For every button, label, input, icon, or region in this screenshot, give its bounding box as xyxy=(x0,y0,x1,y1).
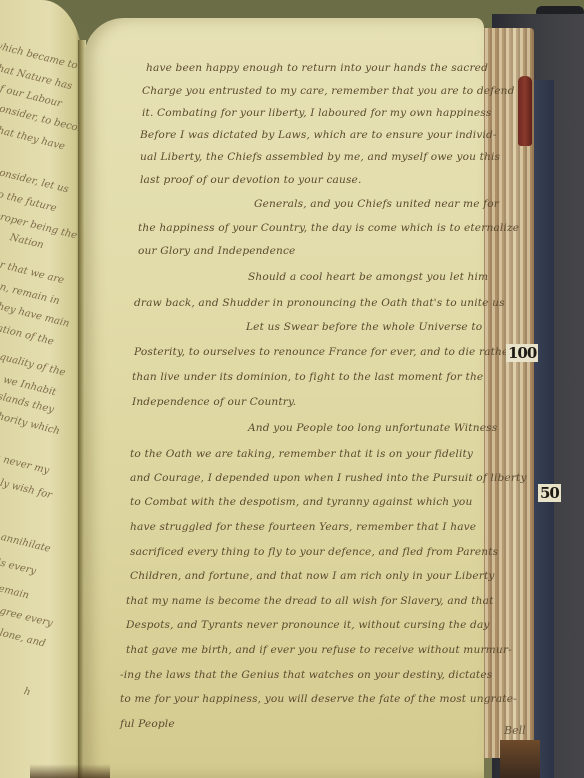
left-page: which became to that Nature has of our L… xyxy=(0,0,82,778)
left-fragment: bly wish for xyxy=(0,476,53,501)
manuscript-line: it. Combating for your liberty, I labour… xyxy=(142,107,491,119)
left-fragment: alone, and xyxy=(0,626,46,649)
manuscript-line: Despots, and Tyrants never pronounce it,… xyxy=(126,619,490,631)
manuscript-line: Let us Swear before the whole Universe t… xyxy=(246,321,482,333)
manuscript-line: And you People too long unfortunate Witn… xyxy=(248,422,497,434)
left-fragment: Nation xyxy=(9,232,45,251)
manuscript-line: sacrificed every thing to fly to your de… xyxy=(130,546,498,558)
left-fragment: g never my xyxy=(0,452,50,476)
manuscript-line: have struggled for these fourteen Years,… xyxy=(130,521,476,533)
manuscript-line: to me for your happiness, you will deser… xyxy=(120,693,517,705)
manuscript-line: draw back, and Shudder in pronouncing th… xyxy=(134,297,505,309)
left-fragment: to the future xyxy=(0,188,58,214)
left-fragment: remain xyxy=(0,582,30,601)
manuscript-line: Posterity, to ourselves to renounce Fran… xyxy=(134,346,514,358)
left-fragment: t's every xyxy=(0,556,37,577)
manuscript-line: Generals, and you Chiefs united near me … xyxy=(254,198,499,210)
manuscript-line: our Glory and Independence xyxy=(138,245,295,257)
page-tab-50: 50 xyxy=(538,484,561,502)
left-fragment: agree every xyxy=(0,604,54,629)
manuscript-line: the happiness of your Country, the day i… xyxy=(138,222,519,234)
manuscript-line: than live under its dominion, to fight t… xyxy=(132,371,483,383)
left-fragment: t annihilate xyxy=(0,530,52,555)
left-fragment: h xyxy=(23,686,32,698)
page-tab-100: 100 xyxy=(506,344,538,362)
manuscript-line: have been happy enough to return into yo… xyxy=(146,62,488,74)
page-edges-bottom xyxy=(500,740,540,778)
manuscript-line: that my name is become the dread to all … xyxy=(126,595,493,607)
manuscript-line: -ing the laws that the Genius that watch… xyxy=(120,669,492,681)
left-fragment: equality of the xyxy=(0,350,66,378)
left-fragment: lation of the xyxy=(0,322,55,348)
manuscript-line: Should a cool heart be amongst you let h… xyxy=(248,271,488,283)
bottom-shadow xyxy=(30,764,110,778)
manuscript-line: last proof of our devotion to your cause… xyxy=(140,174,362,186)
manuscript-line: Charge you entrusted to my care, remembe… xyxy=(142,85,515,97)
manuscript-line: to Combat with the despotism, and tyrann… xyxy=(130,496,472,508)
manuscript-line: ual Liberty, the Chiefs assembled by me,… xyxy=(140,151,500,163)
signature: Bell xyxy=(504,724,526,737)
manuscript-line: and Courage, I depended upon when I rush… xyxy=(130,472,527,484)
manuscript-line: ful People xyxy=(120,718,175,730)
bookmark-ribbon xyxy=(518,76,532,146)
manuscript-line: Before I was dictated by Laws, which are… xyxy=(140,129,497,141)
manuscript-line: Independence of our Country. xyxy=(132,396,296,408)
manuscript-line: Children, and fortune, and that now I am… xyxy=(130,570,495,582)
manuscript-line: that gave me birth, and if ever you refu… xyxy=(126,644,512,656)
manuscript-line: to the Oath we are taking, remember that… xyxy=(130,448,473,460)
left-fragment: or that we are xyxy=(0,258,65,286)
